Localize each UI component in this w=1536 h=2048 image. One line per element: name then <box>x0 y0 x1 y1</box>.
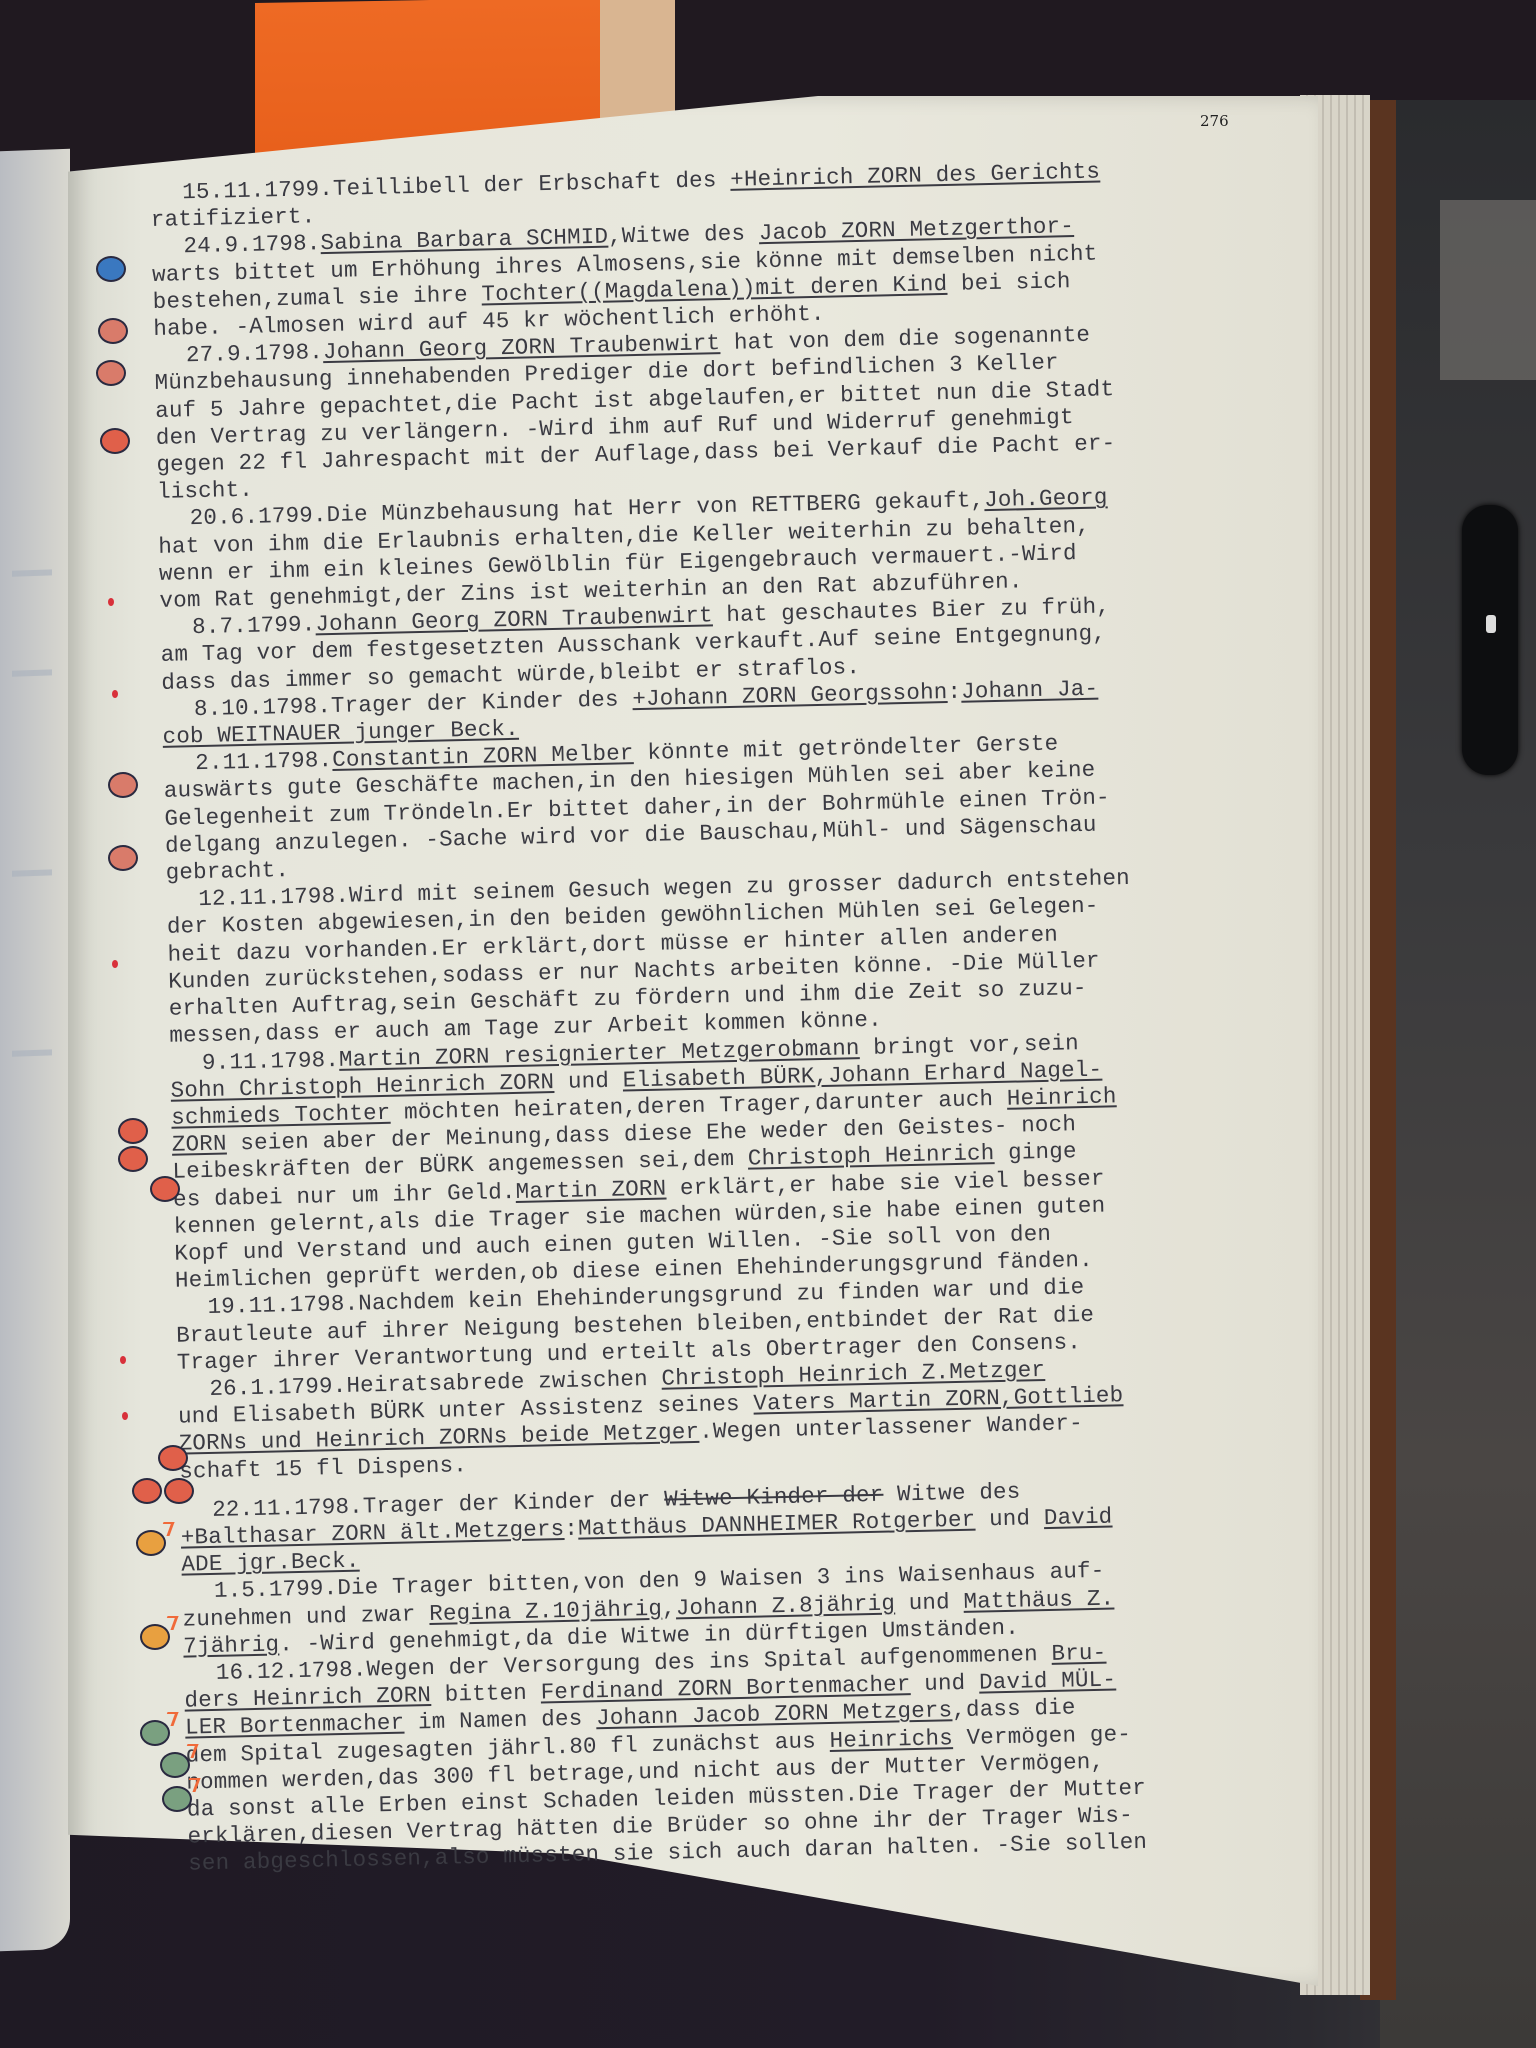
red-dot-marker <box>108 598 114 606</box>
text-segment: 27.9.1798. <box>186 339 324 368</box>
text-segment: Vermögen ge- <box>953 1721 1132 1751</box>
text-segment: lischt. <box>157 477 253 505</box>
text-segment: : <box>947 679 961 705</box>
red-dot-marker <box>112 690 118 698</box>
reference-circle-marker <box>108 772 138 798</box>
text-segment: 9.11.1798. <box>202 1046 340 1075</box>
entry: 12.11.1798.Wird mit seinem Gesuch wegen … <box>166 861 1319 1050</box>
text-segment: schaft 15 fl Dispens. <box>179 1452 467 1485</box>
reference-circle-marker <box>140 1720 170 1746</box>
text-segment: 8.7.1799. <box>192 612 316 641</box>
text-segment: ratifiziert. <box>151 203 316 233</box>
underlined-name: ZORN <box>172 1131 227 1158</box>
text-segment: Witwe des <box>883 1478 1021 1507</box>
text-segment: 24.9.1798. <box>183 231 321 260</box>
entry: 16.12.1798.Wegen der Versorgung des ins … <box>184 1634 1339 1878</box>
underlined-name: 7jährig <box>183 1631 279 1659</box>
underlined-name: Johann Ja- <box>961 675 1099 704</box>
desk-background <box>1380 100 1536 2048</box>
text-segment: ginge <box>994 1139 1077 1167</box>
red-dot-marker <box>112 960 118 968</box>
text-segment: gebracht. <box>165 857 289 886</box>
underlined-name: schmieds Tochter <box>171 1100 391 1131</box>
entry: 9.11.1798.Martin ZORN resignierter Metzg… <box>170 1024 1325 1295</box>
reference-circle-marker <box>158 1445 188 1471</box>
struck-text: Witwe Kinder der <box>664 1481 884 1512</box>
reference-circle-marker <box>98 318 128 344</box>
dark-handle-object <box>1462 505 1518 775</box>
typewritten-text: 15.11.1799.Teillibell der Erbschaft des … <box>150 154 1338 1878</box>
underlined-name: Regina Z.10jährig <box>429 1595 662 1626</box>
underlined-name: ADE jgr.Beck. <box>181 1548 360 1578</box>
entry: 27.9.1798.Johann Georg ZORN Traubenwirt … <box>154 317 1307 506</box>
underlined-name: Bru- <box>1051 1640 1106 1667</box>
underlined-name: Joh.Georg <box>984 485 1108 514</box>
entry: 2.11.1798.Constantin ZORN Melber könnte … <box>163 725 1316 887</box>
underlined-name: ders Heinrich ZORN <box>184 1682 431 1714</box>
text-segment: und <box>895 1588 964 1616</box>
reference-circle-marker <box>118 1118 148 1144</box>
underlined-name: Heinrichs <box>829 1725 953 1754</box>
text-segment: zunehmen und zwar <box>182 1601 429 1633</box>
text-segment: bei sich <box>947 268 1071 297</box>
reference-circle-marker <box>96 256 126 282</box>
text-segment: und <box>910 1670 979 1698</box>
underlined-name: Martin ZORN <box>515 1175 666 1204</box>
underlined-name: Heinrich <box>1007 1083 1117 1111</box>
reference-circle-marker <box>164 1478 194 1504</box>
reference-circle-marker <box>108 845 138 871</box>
text-segment: bringt vor,sein <box>859 1030 1079 1061</box>
text-segment: , <box>662 1595 676 1621</box>
reference-circle-marker <box>96 360 126 386</box>
background-object <box>1440 200 1536 380</box>
reference-circle-marker <box>136 1530 166 1556</box>
underlined-name: LER Bortenmacher <box>185 1710 405 1741</box>
reference-circle-marker <box>140 1624 170 1650</box>
left-page <box>0 149 70 1951</box>
red-dot-marker <box>120 1356 126 1364</box>
text-segment: 2.11.1798. <box>195 747 333 776</box>
underlined-name: David <box>1044 1503 1113 1531</box>
reference-circle-marker <box>150 1176 180 1202</box>
text-segment: bitten <box>431 1680 541 1708</box>
text-segment: ,dass die <box>952 1695 1076 1724</box>
text-segment: : <box>564 1516 578 1542</box>
reference-circle-marker <box>160 1752 190 1778</box>
reference-circle-marker <box>118 1146 148 1172</box>
underlined-name: Johann Z.8jährig <box>676 1590 896 1621</box>
underlined-name: David MÜL- <box>979 1667 1117 1696</box>
underlined-name: Christoph Heinrich <box>748 1140 995 1172</box>
reference-circle-marker <box>162 1786 192 1812</box>
text-segment: und <box>554 1067 623 1095</box>
page-number: 276 <box>1200 112 1229 130</box>
reference-circle-marker <box>100 428 130 454</box>
red-dot-marker <box>122 1412 128 1420</box>
text-segment: ,Witwe des <box>608 221 759 250</box>
text-segment: im Namen des <box>404 1706 596 1736</box>
reference-circle-marker <box>132 1478 162 1504</box>
underlined-name: Matthäus Z. <box>963 1585 1114 1614</box>
text-segment: und <box>975 1505 1044 1533</box>
